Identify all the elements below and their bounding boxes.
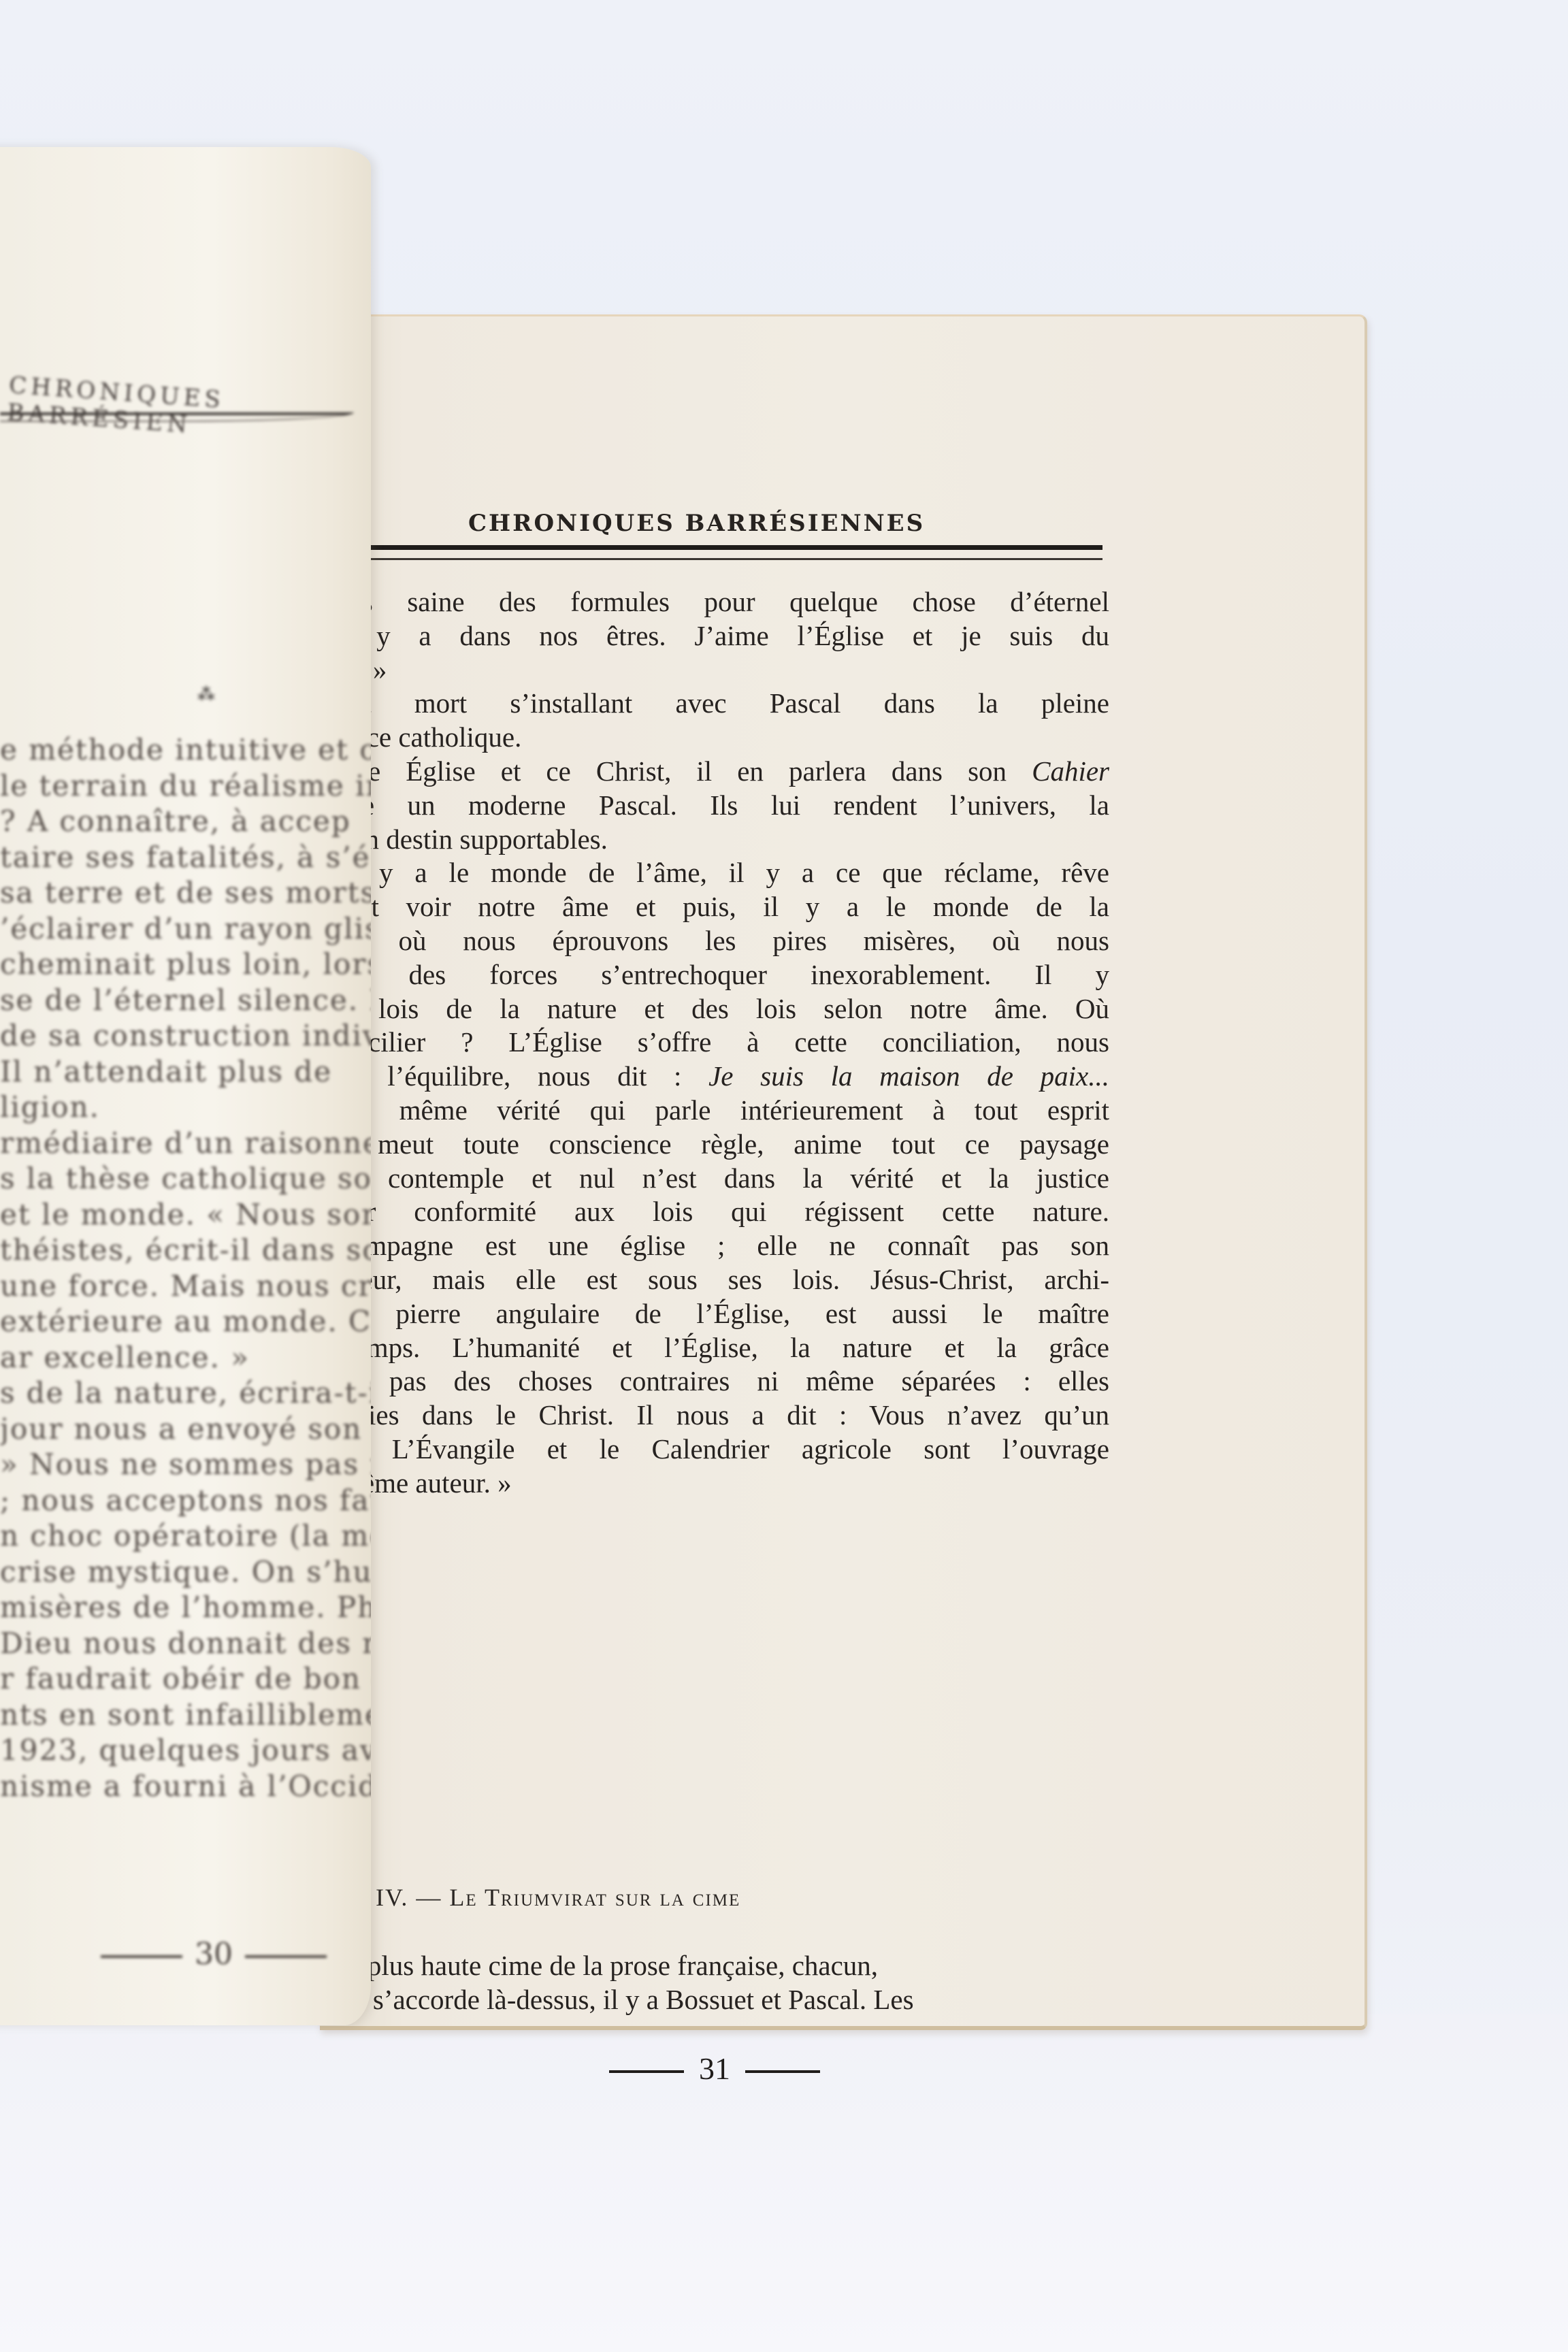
- text-line: La même vérité qui parle intérieurement …: [340, 1094, 1109, 1128]
- text-line: l y a dans nos êtres. J’aime l’Église et…: [340, 619, 1109, 653]
- text-line: je contemple et nul n’est dans la vérité…: [340, 1162, 1109, 1196]
- text-line: et pierre angulaire de l’Église, est aus…: [340, 1297, 1109, 1331]
- text-line: est mort s’installant avec Pascal dans l…: [340, 687, 1109, 721]
- text-line: misères de l’homme. Phras: [0, 1590, 371, 1626]
- text-line: se de l’éternel silence. Il: [0, 983, 371, 1019]
- text-line: e. L’Évangile et le Calendrier agricole …: [340, 1433, 1109, 1467]
- text-line: me un moderne Pascal. Ils lui rendent l’…: [340, 789, 1109, 823]
- text-line: le terrain du réalisme ir: [0, 768, 371, 804]
- text-line-with-italic: et l’équilibre, nous dit : Je suis la ma…: [340, 1060, 1109, 1094]
- text-line-with-italic: ette Église et ce Christ, il en parlera …: [340, 755, 1109, 789]
- text-line: ance catholique.: [340, 721, 1109, 755]
- section-heading: IV. — Le Triumvirat sur la cime: [376, 1883, 740, 1912]
- text-line: une force. Mais nous croyo: [0, 1269, 371, 1305]
- folio-dash-left: [609, 2070, 684, 2073]
- text-segment: et l’équilibre, nous dit :: [340, 1060, 708, 1092]
- folio-dash-left: [101, 1955, 182, 1958]
- text-line: son destin supportables.: [340, 823, 1109, 857]
- folio-dash-right: [245, 1955, 327, 1958]
- text-line: re où nous éprouvons les pires misères, …: [340, 924, 1109, 958]
- text-line: r faudrait obéir de bon cœ: [0, 1661, 371, 1697]
- right-page: CHRONIQUES BARRÉSIENNES lus saine des fo…: [320, 314, 1367, 2030]
- text-line: unies dans le Christ. Il nous a dit : Vo…: [340, 1399, 1109, 1433]
- text-line: rmédiaire d’un raisonneme: [0, 1126, 371, 1162]
- text-line: s de la nature, écrira-t-il: [0, 1375, 371, 1411]
- text-line: s la thèse catholique son: [0, 1161, 371, 1197]
- header-rule: [333, 545, 1102, 560]
- text-line: par conformité aux lois qui régissent ce…: [340, 1195, 1109, 1229]
- running-head: CHRONIQUES BARRÉSIENNES: [468, 510, 1149, 537]
- text-line: théistes, écrit-il dans son Ca: [0, 1232, 371, 1269]
- text-line: cheminait plus loin, lorsque: [0, 947, 371, 983]
- text-line: de sa construction individu: [0, 1018, 371, 1054]
- asterism-ornament: ⁂: [197, 685, 219, 705]
- italic-quote: Je suis la maison de paix...: [708, 1060, 1109, 1092]
- text-line: ligion.: [0, 1090, 371, 1126]
- page-number: 31: [578, 2051, 851, 2087]
- section-body-text: la plus haute cime de la prose française…: [340, 1948, 1109, 2016]
- text-line: la plus haute cime de la prose française…: [340, 1948, 1109, 1982]
- text-line: campagne est une église ; elle ne connaî…: [340, 1229, 1109, 1263]
- text-segment: ette Église et ce Christ, il en parlera …: [340, 755, 1032, 787]
- text-line: s lois de la nature et des lois selon no…: [340, 992, 1109, 1026]
- text-line: taire ses fatalités, à s’é: [0, 840, 371, 876]
- page-number-value: 30: [195, 1937, 233, 1972]
- italic-title: Cahier: [1032, 755, 1109, 787]
- text-line: Il y a le monde de l’âme, il y a ce que …: [340, 856, 1109, 890]
- page-body-text: lus saine des formules pour quelque chos…: [340, 585, 1109, 1501]
- text-line: lus saine des formules pour quelque chos…: [340, 585, 1109, 619]
- text-line: nts en sont infailliblement: [0, 1697, 371, 1733]
- text-line: ateur, mais elle est sous ses lois. Jésu…: [340, 1263, 1109, 1297]
- text-line: 1923, quelques jours avant s: [0, 1733, 371, 1769]
- text-line: ; nous acceptons nos fat: [0, 1483, 371, 1519]
- text-line: crise mystique. On s’humi: [0, 1554, 371, 1590]
- text-line: extérieure au monde. C’es: [0, 1304, 371, 1340]
- text-line: ar excellence. »: [0, 1340, 371, 1376]
- text-line: même auteur. »: [340, 1467, 1109, 1501]
- left-page-number: 30: [88, 1937, 339, 1972]
- text-line: ns des forces s’entrechoquer inexorablem…: [340, 958, 1109, 992]
- text-line: st. »: [340, 653, 1109, 687]
- text-line: hamps. L’humanité et l’Église, la nature…: [340, 1331, 1109, 1365]
- left-running-head: CHRONIQUES BARRÉSIEN: [6, 372, 371, 451]
- text-line: roit voir notre âme et puis, il y a le m…: [340, 890, 1109, 924]
- text-line: » Nous ne sommes pas mo: [0, 1447, 371, 1483]
- text-line: is, s’accorde là-dessus, il y a Bossuet …: [340, 1982, 1109, 2016]
- folio-dash-right: [745, 2070, 820, 2073]
- left-body-text: e méthode intuitive et c le terrain du r…: [0, 732, 371, 1804]
- text-line: jour nous a envoyé son fil: [0, 1411, 371, 1448]
- text-line: ’éclairer d’un rayon glis: [0, 911, 371, 947]
- text-line: Il n’attendait plus de: [0, 1054, 371, 1090]
- text-line: n choc opératoire (la mor: [0, 1518, 371, 1554]
- text-line: sa terre et de ses morts,: [0, 875, 371, 911]
- text-line: et le monde. « Nous somm: [0, 1197, 371, 1233]
- text-line: e méthode intuitive et c: [0, 732, 371, 768]
- text-line: Dieu nous donnait des mai: [0, 1626, 371, 1662]
- text-line: nt pas des choses contraires ni même sép…: [340, 1365, 1109, 1399]
- text-line: nisme a fourni à l’Occident: [0, 1769, 371, 1805]
- page-number-value: 31: [699, 2051, 730, 2086]
- text-line: i meut toute conscience règle, anime tou…: [340, 1128, 1109, 1162]
- text-line: ? A connaître, à accep: [0, 804, 371, 840]
- text-line: oncilier ? L’Église s’offre à cette conc…: [340, 1026, 1109, 1060]
- left-page: CHRONIQUES BARRÉSIEN ⁂ e méthode intuiti…: [0, 147, 371, 2025]
